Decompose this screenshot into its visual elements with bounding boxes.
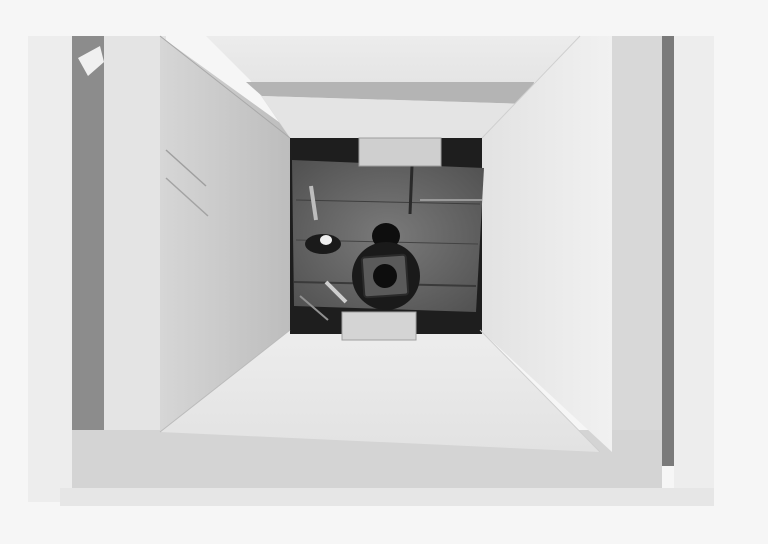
photograph bbox=[0, 0, 768, 544]
shaft-scene bbox=[0, 0, 768, 544]
